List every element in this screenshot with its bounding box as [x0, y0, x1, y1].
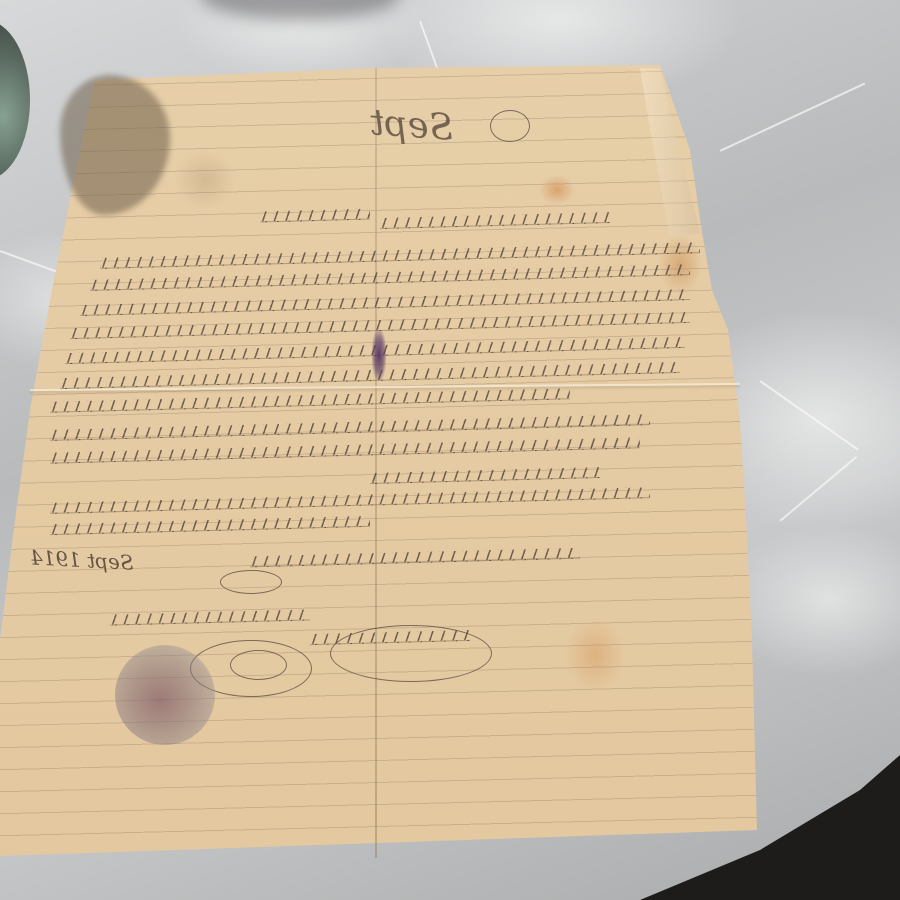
signature-flourish: [330, 625, 492, 682]
seal-stamp: [115, 645, 215, 745]
purple-ink-blot: [372, 330, 386, 380]
vertical-fold-crease: [375, 68, 377, 858]
letter-header: Sept: [369, 102, 455, 149]
signature-flourish: [230, 650, 287, 680]
date-flourish: [220, 570, 282, 594]
header-flourish: [490, 110, 530, 142]
photo-scene: Sept Sept 1914: [0, 0, 900, 900]
